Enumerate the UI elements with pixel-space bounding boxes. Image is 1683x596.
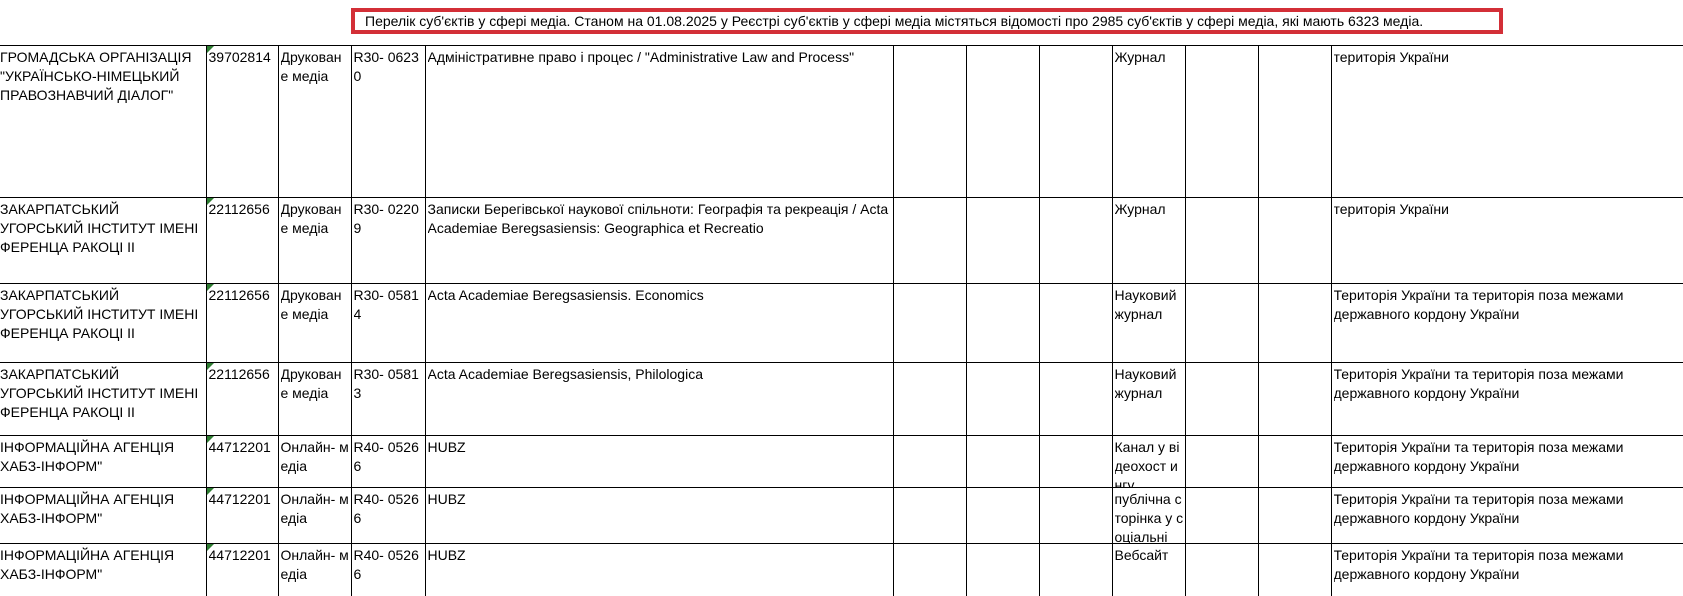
empty-cell[interactable] [893, 544, 966, 596]
number-as-text-indicator-icon [207, 488, 214, 495]
empty-cell[interactable] [893, 198, 966, 284]
edrpou-code-text: 44712201 [209, 546, 277, 565]
media-type-text: Онлайн- медіа [281, 438, 350, 476]
media-name-text: Acta Academiae Beregsasiensis, Philologi… [428, 365, 892, 384]
empty-cell[interactable] [1258, 488, 1331, 544]
media-name-text: HUBZ [428, 546, 892, 565]
media-kind-cell[interactable]: Науковий журнал [1112, 363, 1185, 436]
territory-cell[interactable]: Територія України та територія поза межа… [1331, 544, 1683, 596]
media-name-text: HUBZ [428, 438, 892, 457]
subject-name-cell[interactable]: ЗАКАРПАТСЬКИЙ УГОРСЬКИЙ ІНСТИТУТ ІМЕНІ Ф… [0, 363, 206, 436]
empty-cell[interactable] [893, 363, 966, 436]
media-id-text: R30- 05814 [354, 286, 424, 324]
empty-cell[interactable] [1258, 363, 1331, 436]
subject-name-text: ЗАКАРПАТСЬКИЙ УГОРСЬКИЙ ІНСТИТУТ ІМЕНІ Ф… [0, 200, 205, 257]
media-id-cell[interactable]: R40- 05266 [351, 436, 425, 488]
media-id-cell[interactable]: R30- 06230 [351, 46, 425, 198]
empty-cell[interactable] [1039, 284, 1112, 363]
media-kind-text: Журнал [1115, 48, 1184, 67]
media-name-cell[interactable]: HUBZ [425, 436, 893, 488]
territory-text: Територія України та територія поза межа… [1334, 365, 1683, 403]
empty-cell[interactable] [966, 436, 1039, 488]
number-as-text-indicator-icon [207, 46, 214, 53]
table-row: ЗАКАРПАТСЬКИЙ УГОРСЬКИЙ ІНСТИТУТ ІМЕНІ Ф… [0, 284, 1683, 363]
subject-name-cell[interactable]: ЗАКАРПАТСЬКИЙ УГОРСЬКИЙ ІНСТИТУТ ІМЕНІ Ф… [0, 198, 206, 284]
number-as-text-indicator-icon [207, 198, 214, 205]
media-type-text: Онлайн- медіа [281, 490, 350, 528]
media-id-cell[interactable]: R40- 05266 [351, 544, 425, 596]
media-kind-text: Науковий журнал [1115, 365, 1184, 403]
empty-cell[interactable] [893, 46, 966, 198]
media-registry-table: ГРОМАДСЬКА ОРГАНІЗАЦІЯ "УКРАЇНСЬКО-НІМЕЦ… [0, 45, 1683, 596]
empty-cell[interactable] [1258, 436, 1331, 488]
media-id-text: R30- 05813 [354, 365, 424, 403]
empty-cell[interactable] [966, 284, 1039, 363]
empty-cell[interactable] [1185, 198, 1258, 284]
subject-name-text: ІНФОРМАЦІЙНА АГЕНЦІЯ ХАБЗ-ІНФОРМ" [0, 438, 205, 476]
territory-text: Територія України та територія поза межа… [1334, 490, 1683, 528]
media-kind-cell[interactable]: Журнал [1112, 46, 1185, 198]
media-id-cell[interactable]: R30- 05814 [351, 284, 425, 363]
media-name-cell[interactable]: HUBZ [425, 544, 893, 596]
territory-cell[interactable]: територія України [1331, 46, 1683, 198]
media-name-cell[interactable]: HUBZ [425, 488, 893, 544]
territory-text: Територія України та територія поза межа… [1334, 286, 1683, 324]
registry-summary-banner: Перелік суб'єктів у сфері медіа. Станом … [351, 8, 1503, 34]
subject-name-text: ЗАКАРПАТСЬКИЙ УГОРСЬКИЙ ІНСТИТУТ ІМЕНІ Ф… [0, 286, 205, 343]
subject-name-cell[interactable]: ІНФОРМАЦІЙНА АГЕНЦІЯ ХАБЗ-ІНФОРМ" [0, 544, 206, 596]
territory-cell[interactable]: територія України [1331, 198, 1683, 284]
empty-cell[interactable] [1185, 488, 1258, 544]
media-kind-text: Науковий журнал [1115, 286, 1184, 324]
media-name-cell[interactable]: Acta Academiae Beregsasiensis, Philologi… [425, 363, 893, 436]
subject-name-cell[interactable]: ІНФОРМАЦІЙНА АГЕНЦІЯ ХАБЗ-ІНФОРМ" [0, 488, 206, 544]
empty-cell[interactable] [966, 46, 1039, 198]
number-as-text-indicator-icon [207, 284, 214, 291]
media-id-text: R40- 05266 [354, 438, 424, 476]
number-as-text-indicator-icon [207, 436, 214, 443]
empty-cell[interactable] [893, 284, 966, 363]
media-type-text: Друкован е медіа [281, 48, 350, 86]
media-kind-text: Вебсайт [1115, 546, 1184, 565]
media-kind-cell[interactable]: публічна сторінка у соціальні [1112, 488, 1185, 544]
edrpou-code-text: 39702814 [209, 48, 277, 67]
media-type-cell[interactable]: Онлайн- медіа [278, 488, 351, 544]
media-kind-cell[interactable]: Канал у відеохост ингу [1112, 436, 1185, 488]
edrpou-code-cell[interactable]: 39702814 [206, 46, 278, 198]
table-row: ЗАКАРПАТСЬКИЙ УГОРСЬКИЙ ІНСТИТУТ ІМЕНІ Ф… [0, 363, 1683, 436]
empty-cell[interactable] [893, 436, 966, 488]
media-type-cell[interactable]: Онлайн- медіа [278, 544, 351, 596]
empty-cell[interactable] [966, 198, 1039, 284]
empty-cell[interactable] [1185, 46, 1258, 198]
territory-cell[interactable]: Територія України та територія поза межа… [1331, 363, 1683, 436]
territory-cell[interactable]: Територія України та територія поза межа… [1331, 488, 1683, 544]
media-id-text: R30- 02209 [354, 200, 424, 238]
media-name-cell[interactable]: Acta Academiae Beregsasiensis. Economics [425, 284, 893, 363]
media-id-cell[interactable]: R40- 05266 [351, 488, 425, 544]
edrpou-code-cell[interactable]: 22112656 [206, 363, 278, 436]
media-type-cell[interactable]: Друкован е медіа [278, 198, 351, 284]
table-row: ГРОМАДСЬКА ОРГАНІЗАЦІЯ "УКРАЇНСЬКО-НІМЕЦ… [0, 46, 1683, 198]
edrpou-code-text: 22112656 [209, 365, 277, 384]
table-row: ІНФОРМАЦІЙНА АГЕНЦІЯ ХАБЗ-ІНФОРМ"4471220… [0, 436, 1683, 488]
empty-cell[interactable] [966, 488, 1039, 544]
empty-cell[interactable] [1039, 198, 1112, 284]
edrpou-code-text: 44712201 [209, 490, 277, 509]
empty-cell[interactable] [966, 363, 1039, 436]
empty-cell[interactable] [1185, 284, 1258, 363]
media-name-text: Адміністративне право і процес / "Admini… [428, 48, 892, 67]
edrpou-code-text: 22112656 [209, 200, 277, 219]
edrpou-code-cell[interactable]: 44712201 [206, 488, 278, 544]
empty-cell[interactable] [1039, 488, 1112, 544]
media-id-text: R40- 05266 [354, 490, 424, 528]
empty-cell[interactable] [1185, 436, 1258, 488]
media-name-cell[interactable]: Адміністративне право і процес / "Admini… [425, 46, 893, 198]
media-id-cell[interactable]: R30- 05813 [351, 363, 425, 436]
media-type-text: Онлайн- медіа [281, 546, 350, 584]
subject-name-cell[interactable]: ЗАКАРПАТСЬКИЙ УГОРСЬКИЙ ІНСТИТУТ ІМЕНІ Ф… [0, 284, 206, 363]
media-name-text: HUBZ [428, 490, 892, 509]
media-type-cell[interactable]: Онлайн- медіа [278, 436, 351, 488]
territory-text: територія України [1334, 48, 1683, 67]
media-type-text: Друкован е медіа [281, 365, 350, 403]
edrpou-code-cell[interactable]: 44712201 [206, 544, 278, 596]
media-type-text: Друкован е медіа [281, 200, 350, 238]
empty-cell[interactable] [1258, 284, 1331, 363]
subject-name-cell[interactable]: ГРОМАДСЬКА ОРГАНІЗАЦІЯ "УКРАЇНСЬКО-НІМЕЦ… [0, 46, 206, 198]
media-kind-cell[interactable]: Вебсайт [1112, 544, 1185, 596]
media-name-text: Acta Academiae Beregsasiensis. Economics [428, 286, 892, 305]
media-name-cell[interactable]: Записки Берегівської наукової спільноти:… [425, 198, 893, 284]
media-kind-cell[interactable]: Журнал [1112, 198, 1185, 284]
table-row: ІНФОРМАЦІЙНА АГЕНЦІЯ ХАБЗ-ІНФОРМ"4471220… [0, 488, 1683, 544]
media-type-text: Друкован е медіа [281, 286, 350, 324]
table-row: ЗАКАРПАТСЬКИЙ УГОРСЬКИЙ ІНСТИТУТ ІМЕНІ Ф… [0, 198, 1683, 284]
empty-cell[interactable] [893, 488, 966, 544]
media-kind-text: Журнал [1115, 200, 1184, 219]
subject-name-text: ГРОМАДСЬКА ОРГАНІЗАЦІЯ "УКРАЇНСЬКО-НІМЕЦ… [0, 48, 205, 105]
number-as-text-indicator-icon [207, 363, 214, 370]
empty-cell[interactable] [1039, 544, 1112, 596]
territory-text: територія України [1334, 200, 1683, 219]
media-type-cell[interactable]: Друкован е медіа [278, 284, 351, 363]
table-row: ІНФОРМАЦІЙНА АГЕНЦІЯ ХАБЗ-ІНФОРМ"4471220… [0, 544, 1683, 596]
subject-name-text: ІНФОРМАЦІЙНА АГЕНЦІЯ ХАБЗ-ІНФОРМ" [0, 546, 205, 584]
territory-text: Територія України та територія поза межа… [1334, 546, 1683, 584]
empty-cell[interactable] [1258, 544, 1331, 596]
edrpou-code-text: 44712201 [209, 438, 277, 457]
edrpou-code-text: 22112656 [209, 286, 277, 305]
subject-name-text: ЗАКАРПАТСЬКИЙ УГОРСЬКИЙ ІНСТИТУТ ІМЕНІ Ф… [0, 365, 205, 422]
media-id-text: R40- 05266 [354, 546, 424, 584]
media-id-cell[interactable]: R30- 02209 [351, 198, 425, 284]
media-name-text: Записки Берегівської наукової спільноти:… [428, 200, 892, 238]
media-kind-text: публічна сторінка у соціальні [1115, 490, 1184, 543]
media-kind-text: Канал у відеохост ингу [1115, 438, 1184, 487]
empty-cell[interactable] [1039, 46, 1112, 198]
media-type-cell[interactable]: Друкован е медіа [278, 46, 351, 198]
empty-cell[interactable] [1039, 363, 1112, 436]
media-id-text: R30- 06230 [354, 48, 424, 86]
media-kind-cell[interactable]: Науковий журнал [1112, 284, 1185, 363]
empty-cell[interactable] [1258, 198, 1331, 284]
media-type-cell[interactable]: Друкован е медіа [278, 363, 351, 436]
edrpou-code-cell[interactable]: 22112656 [206, 198, 278, 284]
empty-cell[interactable] [1258, 46, 1331, 198]
number-as-text-indicator-icon [207, 544, 214, 551]
territory-cell[interactable]: Територія України та територія поза межа… [1331, 436, 1683, 488]
empty-cell[interactable] [1185, 544, 1258, 596]
empty-cell[interactable] [966, 544, 1039, 596]
edrpou-code-cell[interactable]: 22112656 [206, 284, 278, 363]
subject-name-cell[interactable]: ІНФОРМАЦІЙНА АГЕНЦІЯ ХАБЗ-ІНФОРМ" [0, 436, 206, 488]
edrpou-code-cell[interactable]: 44712201 [206, 436, 278, 488]
territory-text: Територія України та територія поза межа… [1334, 438, 1683, 476]
empty-cell[interactable] [1185, 363, 1258, 436]
subject-name-text: ІНФОРМАЦІЙНА АГЕНЦІЯ ХАБЗ-ІНФОРМ" [0, 490, 205, 528]
empty-cell[interactable] [1039, 436, 1112, 488]
territory-cell[interactable]: Територія України та територія поза межа… [1331, 284, 1683, 363]
